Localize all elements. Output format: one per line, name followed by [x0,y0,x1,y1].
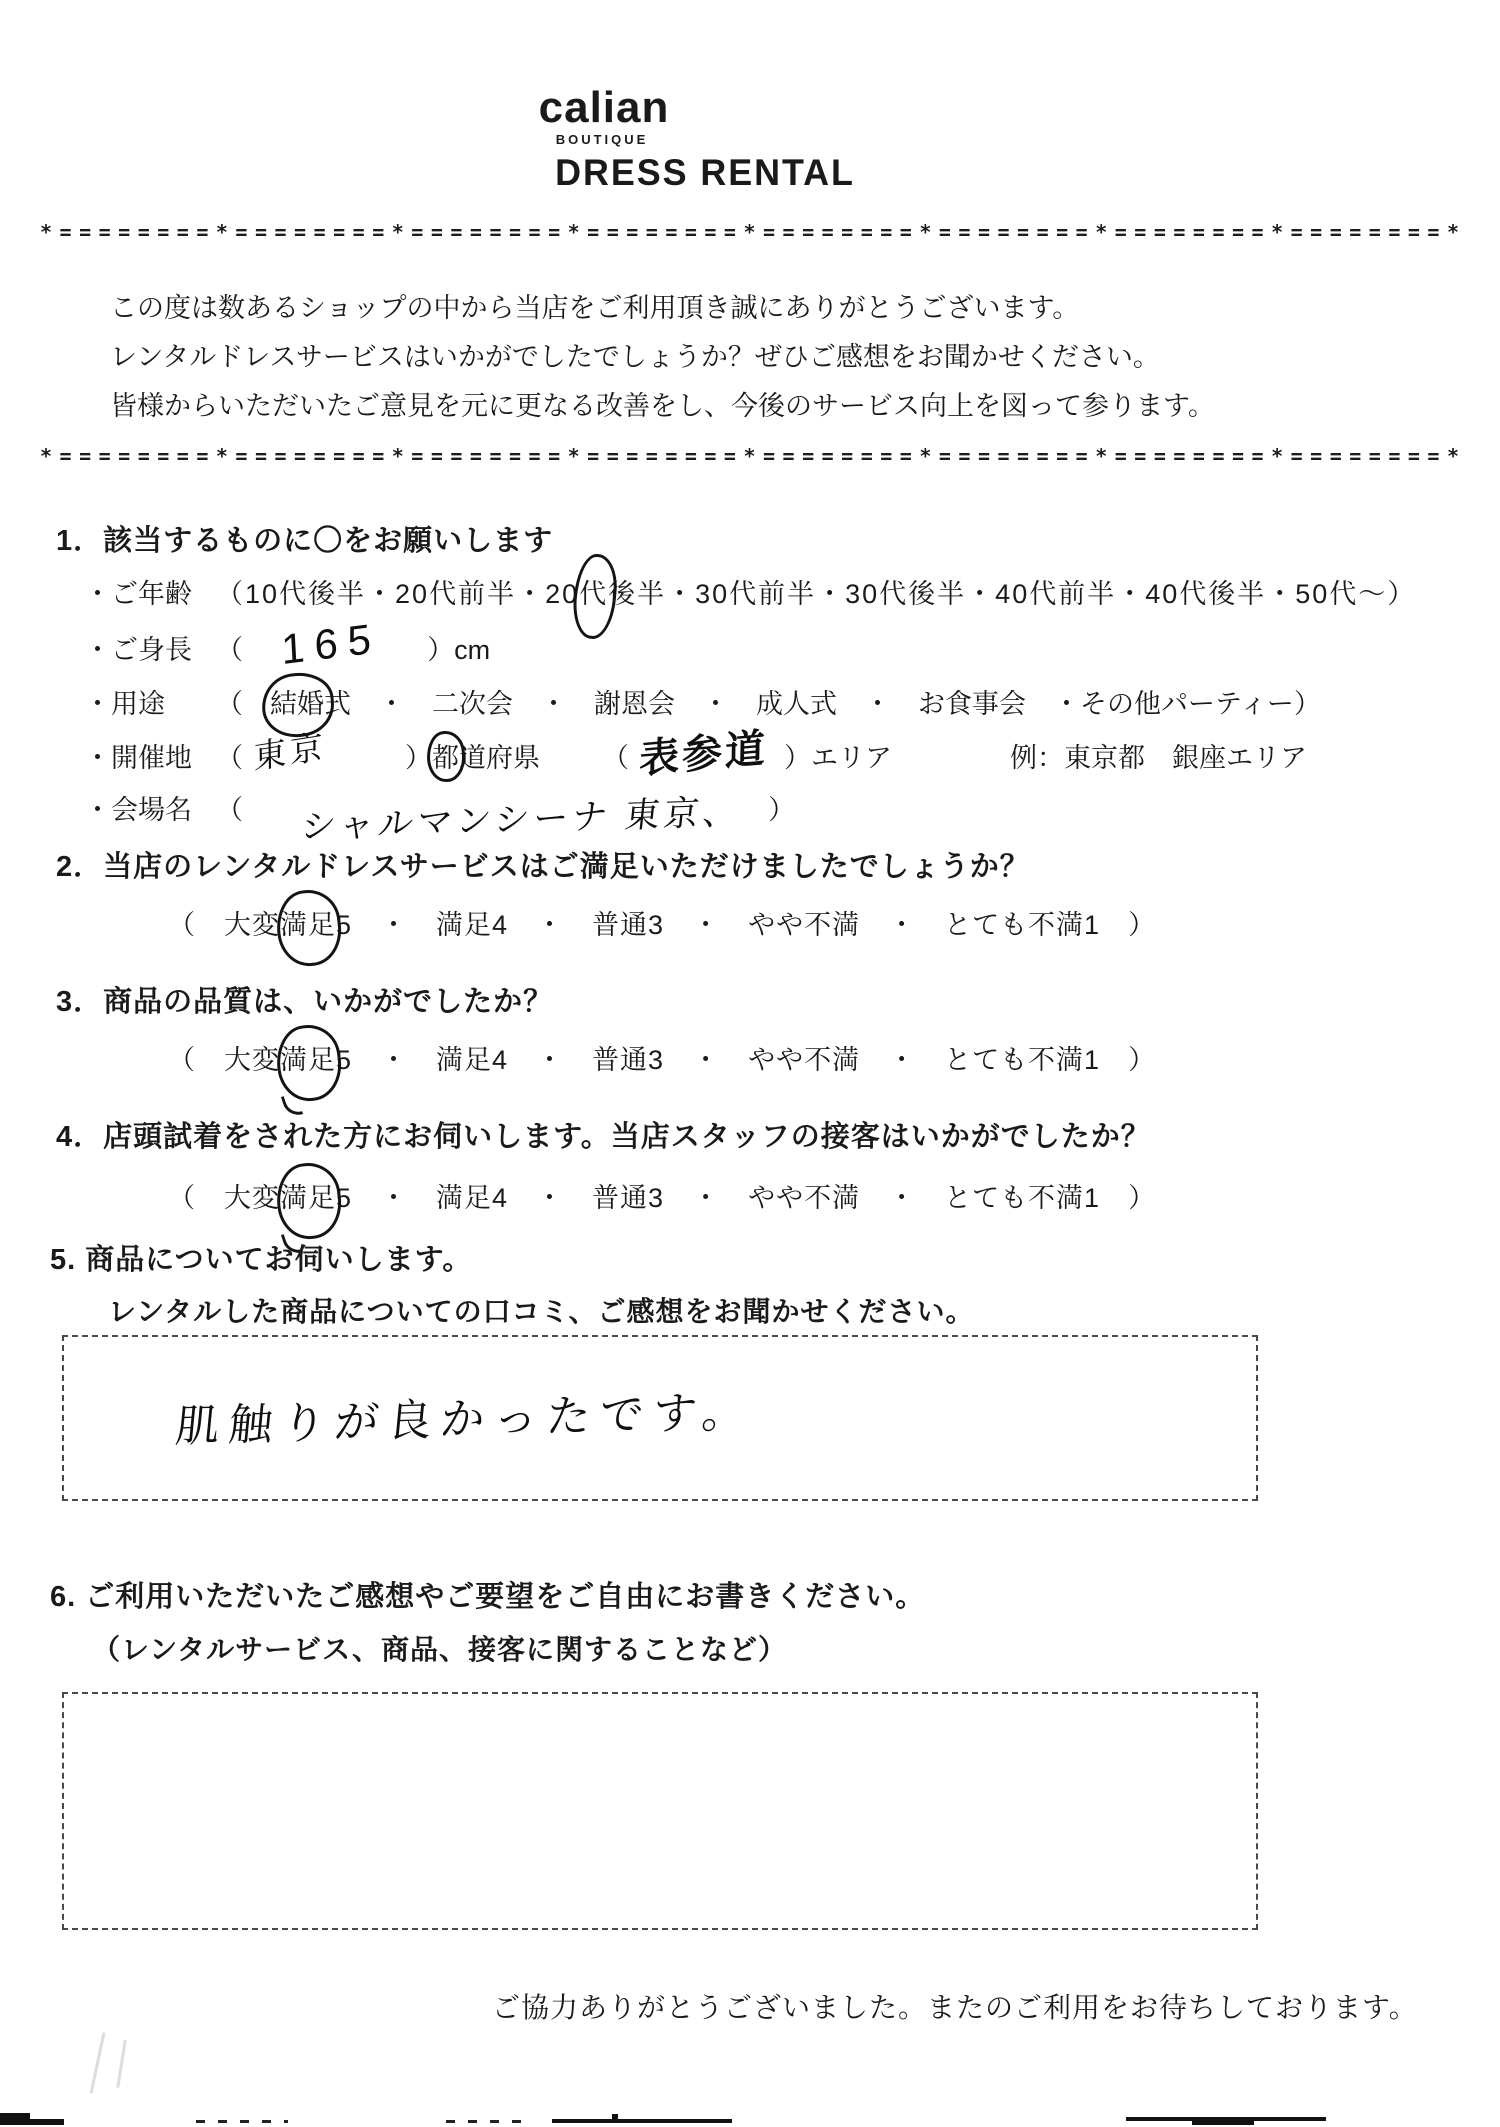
field-age-options: （10代後半・20代前半・20代後半・30代前半・30代後半・40代前半・40代… [216,572,1416,611]
scan-artifact [196,2120,288,2123]
field-venue-label: ・会場名 [84,788,216,827]
scan-artifact [0,2119,64,2125]
scan-artifact [612,2114,618,2122]
prefecture-suffix: 道府県 [459,736,540,775]
scan-artifact [446,2120,528,2123]
satisfaction-scale-q3: （ 大変満足5 ・ 満足4 ・ 普通3 ・ やや不満 ・ とても不満1 ） [168,1038,1156,1077]
handwritten-comment: 肌触りが良かったです。 [173,1375,758,1454]
question-6-heading: 6. ご利用いただいたご感想やご要望をご自由にお書きください。 [50,1580,925,1615]
scale-rest: ・ 満足4 ・ 普通3 ・ やや不満 ・ とても不満1 ） [352,910,1156,940]
field-location-label: ・開催地 [84,736,216,775]
question-6-subheading: （レンタルサービス、商品、接客に関することなど） [92,1628,787,1668]
intro-paragraph: この度は数あるショップの中から当店をご利用頂き誠にありがとうございます。 レンタ… [110,284,1215,431]
field-purpose: ・用途 （ 結婚式 ・ 二次会 ・ 謝恩会 ・ 成人式 ・ お食事会 ・その他パ… [84,682,1321,721]
question-5-heading: 5. 商品についてお伺いします。 [50,1243,472,1278]
field-event-location: ・開催地 （ 東京 ） 都 道府県 （ 表参道 ）エリア 例：東京都 銀座エリア [84,736,1307,783]
question-2-heading: 2．当店のレンタルドレスサービスはご満足いただけましたでしょうか？ [56,850,1030,885]
handwritten-height-value: 165 [280,614,382,674]
field-height: ・ご身長 （ 165 ）cm [84,628,490,668]
location-paren-close-2: ）エリア [784,736,892,775]
scan-artifact [116,2040,126,2088]
handwritten-venue-value: シャルマンシーナ 東京、 [298,784,744,850]
scale-rest: ・ 満足4 ・ 普通3 ・ やや不満 ・ とても不満1 ） [352,1183,1156,1213]
intro-line-1: この度は数あるショップの中から当店をご利用頂き誠にありがとうございます。 [110,284,1215,333]
closing-message: ご協力ありがとうございました。またのご利用をお待ちしております。 [492,1986,1418,2026]
separator-line-bottom: *========*========*========*========*===… [40,444,1466,468]
height-paren-close: ）cm [427,628,490,667]
location-paren-open-1: （ [216,736,243,775]
scale-circled: 満足 [280,1045,336,1075]
purpose-option-circled: 結婚 [270,689,324,719]
scale-circled: 満足 [280,1183,336,1213]
scale-number: 5 [336,1183,352,1213]
purpose-paren-open: （ [216,689,270,719]
location-paren-close-1: ） [405,736,432,775]
question-1-heading: 1．該当するものに〇をお願いします [56,524,553,559]
location-example-text: 例：東京都 銀座エリア [1010,736,1307,775]
prefecture-char-circled: 都 [432,743,459,773]
scan-artifact [552,2119,732,2123]
circle-annotation-age: 代 [579,572,608,611]
scale-rest: ・ 満足4 ・ 普通3 ・ やや不満 ・ とても不満1 ） [352,1045,1156,1075]
handwritten-prefecture-value: 東京 [253,720,327,779]
separator-line-top: *========*========*========*========*===… [40,220,1466,244]
scale-number: 5 [336,1045,352,1075]
circle-annotation-q4: 満足 [280,1176,336,1215]
field-purpose-label: ・用途 [84,682,216,721]
satisfaction-scale-q2: （ 大変満足5 ・ 満足4 ・ 普通3 ・ やや不満 ・ とても不満1 ） [168,903,1156,942]
intro-line-2: レンタルドレスサービスはいかがでしたでしょうか？ぜひご感想をお聞かせください。 [110,333,1215,382]
circle-annotation-prefecture: 都 [432,736,459,775]
circle-annotation-q3: 満足 [280,1038,336,1077]
scanned-feedback-form: calian BOUTIQUE DRESS RENTAL *========*=… [0,0,1500,2127]
satisfaction-scale-q4: （ 大変満足5 ・ 満足4 ・ 普通3 ・ やや不満 ・ とても不満1 ） [168,1176,1156,1215]
field-age-label: ・ご年齢 [84,572,216,611]
scale-number: 5 [336,910,352,940]
field-height-label: ・ご身長 [84,628,216,667]
field-venue-name: ・会場名 （ シャルマンシーナ 東京、 ） [84,788,795,842]
age-option-circled: 代 [579,579,608,609]
scale-circled: 満足 [280,910,336,940]
handwritten-area-value: 表参道 [639,716,769,785]
comment-box-q5: 肌触りが良かったです。 [62,1335,1258,1501]
brand-logo-subtitle: BOUTIQUE [0,133,1352,146]
scan-artifact [90,2032,106,2093]
scale-open: （ 大変 [168,1183,280,1213]
question-5-subheading: レンタルした商品についての口コミ、ご感想をお聞かせください。 [108,1290,975,1330]
venue-paren-close: ） [768,788,795,827]
age-options-pre: （10代後半・20代前半・20 [216,579,579,609]
brand-header: calian BOUTIQUE DRESS RENTAL [0,86,1500,191]
age-options-post: 後半・30代前半・30代後半・40代前半・40代後半・50代～） [608,579,1416,609]
comment-box-q6 [62,1692,1258,1930]
field-age: ・ご年齢 （10代後半・20代前半・20代後半・30代前半・30代後半・40代前… [84,572,1416,611]
scale-open: （ 大変 [168,1045,280,1075]
field-purpose-options: （ 結婚式 ・ 二次会 ・ 謝恩会 ・ 成人式 ・ お食事会 ・その他パーティー… [216,682,1321,721]
form-title: DRESS RENTAL [0,154,1433,191]
circle-annotation-purpose: 結婚 [270,682,324,721]
location-paren-open-2: （ [602,736,629,775]
brand-logo: calian [0,86,1354,130]
purpose-options-post: 式 ・ 二次会 ・ 謝恩会 ・ 成人式 ・ お食事会 ・その他パーティー） [324,689,1321,719]
question-3-heading: 3．商品の品質は、いかがでしたか？ [56,985,553,1020]
intro-line-3: 皆様からいただいたご意見を元に更なる改善をし、今後のサービス向上を図って参ります… [110,382,1215,431]
venue-paren-open: （ [216,788,243,827]
scale-open: （ 大変 [168,910,280,940]
scan-artifact [1192,2119,1254,2125]
circle-annotation-q2: 満足 [280,903,336,942]
height-paren-open: （ [216,628,243,667]
question-4-heading: 4．店頭試着をされた方にお伺いします。当店スタッフの接客はいかがでしたか？ [56,1120,1151,1155]
